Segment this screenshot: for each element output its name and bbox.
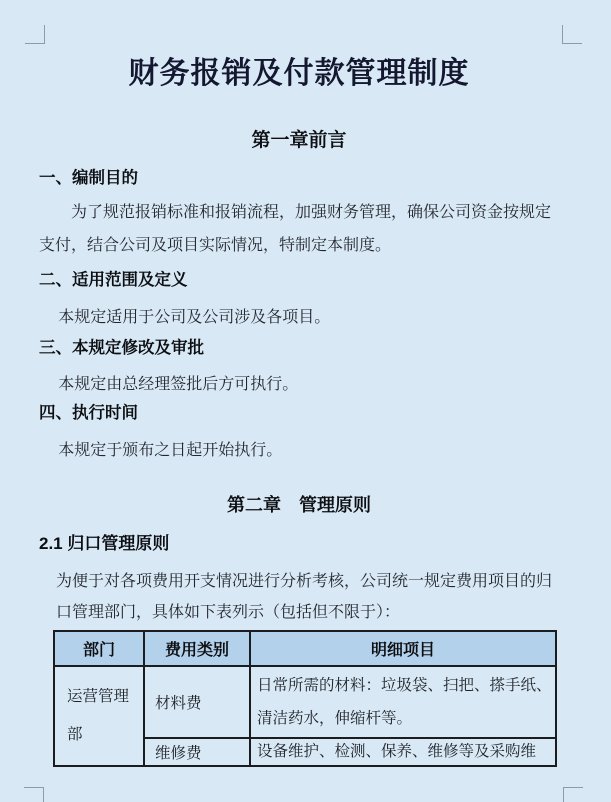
table-header-row: 部门 费用类别 明细项目 bbox=[54, 631, 556, 666]
document-content: 财务报销及付款管理制度 第一章前言 一、编制目的 为了规范报销标准和报销流程，加… bbox=[0, 0, 611, 767]
crop-mark-top-left bbox=[25, 25, 45, 44]
crop-mark-top-right bbox=[562, 25, 582, 44]
table-row: 运营管理部 材料费 日常所需的材料：垃圾袋、扫把、搽手纸、清洁药水，伸缩杆等。 bbox=[54, 666, 556, 738]
section2-1-intro: 为便于对各项费用开支情况进行分析考核，公司统一规定费用项目的归口管理部门，具体如… bbox=[39, 566, 559, 628]
chapter1-heading: 第一章前言 bbox=[39, 130, 559, 152]
section1-heading: 一、编制目的 bbox=[39, 168, 559, 188]
section4-heading: 四、执行时间 bbox=[39, 403, 559, 423]
section1-body: 为了规范报销标准和报销流程，加强财务管理，确保公司资金按规定支付，结合公司及项目… bbox=[39, 197, 559, 262]
document-page: { "page": { "background_color": "#d8e8f5… bbox=[0, 0, 611, 802]
crop-mark-bottom-right bbox=[563, 787, 583, 802]
crop-mark-bottom-left bbox=[24, 787, 44, 802]
cell-department: 运营管理部 bbox=[54, 666, 144, 766]
section4-body: 本规定于颁布之日起开始执行。 bbox=[39, 435, 559, 468]
section2-1-heading: 2.1 归口管理原则 bbox=[39, 534, 559, 554]
document-title: 财务报销及付款管理制度 bbox=[39, 0, 559, 95]
section2-heading: 二、适用范围及定义 bbox=[39, 270, 559, 290]
section3-body: 本规定由总经理签批后方可执行。 bbox=[39, 369, 559, 402]
section2-body: 本规定适用于公司及公司涉及各项目。 bbox=[39, 302, 559, 335]
cell-category-repair: 维修费 bbox=[144, 738, 250, 766]
cell-detail-repair: 设备维护、检测、保养、维修等及采购维 bbox=[250, 738, 556, 766]
chapter2-heading: 第二章 管理原则 bbox=[39, 494, 559, 516]
section3-heading: 三、本规定修改及审批 bbox=[39, 338, 559, 358]
department-text: 运营管理部 bbox=[67, 678, 133, 754]
header-category: 费用类别 bbox=[144, 631, 250, 666]
header-department: 部门 bbox=[54, 631, 144, 666]
fee-category-table: 部门 费用类别 明细项目 运营管理部 材料费 日常所需的材料：垃圾袋、扫把、搽手… bbox=[53, 630, 557, 767]
header-detail: 明细项目 bbox=[250, 631, 556, 666]
cell-detail-materials: 日常所需的材料：垃圾袋、扫把、搽手纸、清洁药水，伸缩杆等。 bbox=[250, 666, 556, 738]
cell-category-materials: 材料费 bbox=[144, 666, 250, 738]
